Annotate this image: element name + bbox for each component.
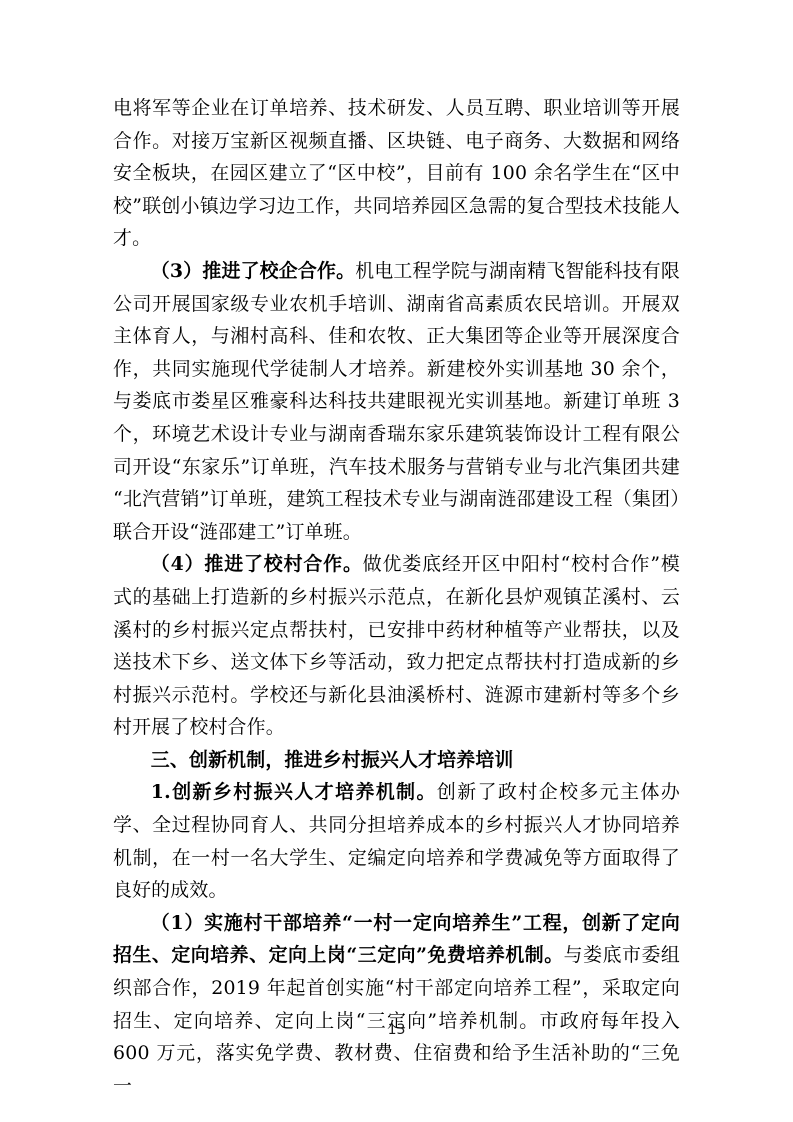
bold-text-run: 1.创新乡村振兴人才培养机制。 <box>151 781 437 803</box>
text-run: 做优娄底经开区中阳村“校村合作”模式的基础上打造新的乡村振兴示范点，在新化县炉观… <box>113 553 680 738</box>
bold-text-run: （4）推进了校村合作。 <box>151 553 363 575</box>
bold-text-run: 三、创新机制，推进乡村振兴人才培养培训 <box>151 749 514 771</box>
text-run: 电将军等企业在订单培养、技术研发、人员互聘、职业培训等开展合作。对接万宝新区视频… <box>113 97 680 249</box>
text-run: 与娄底市委组织部合作，2019 年起首创实施“村干部定向培养工程”，采取定向招生… <box>113 944 680 1096</box>
paragraph: （3）推进了校企合作。机电工程学院与湖南精飞智能科技有限公司开展国家级专业农机手… <box>113 255 680 548</box>
page-number: 13 <box>113 1022 680 1038</box>
paragraph: （4）推进了校村合作。做优娄底经开区中阳村“校村合作”模式的基础上打造新的乡村振… <box>113 548 680 744</box>
section-heading: 三、创新机制，推进乡村振兴人才培养培训 <box>113 744 680 777</box>
bold-text-run: （3）推进了校企合作。 <box>151 260 355 282</box>
document-page: 电将军等企业在订单培养、技术研发、人员互聘、职业培训等开展合作。对接万宝新区视频… <box>0 0 793 1122</box>
text-run: 机电工程学院与湖南精飞智能科技有限公司开展国家级专业农机手培训、湖南省高素质农民… <box>113 260 680 543</box>
page-body: 电将军等企业在订单培养、技术研发、人员互聘、职业培训等开展合作。对接万宝新区视频… <box>113 92 680 1102</box>
paragraph: 1.创新乡村振兴人才培养机制。创新了政村企校多元主体办学、全过程协同育人、共同分… <box>113 776 680 906</box>
paragraph: 电将军等企业在订单培养、技术研发、人员互聘、职业培训等开展合作。对接万宝新区视频… <box>113 92 680 255</box>
paragraph: （1）实施村干部培养“一村一定向培养生”工程，创新了定向招生、定向培养、定向上岗… <box>113 907 680 1103</box>
